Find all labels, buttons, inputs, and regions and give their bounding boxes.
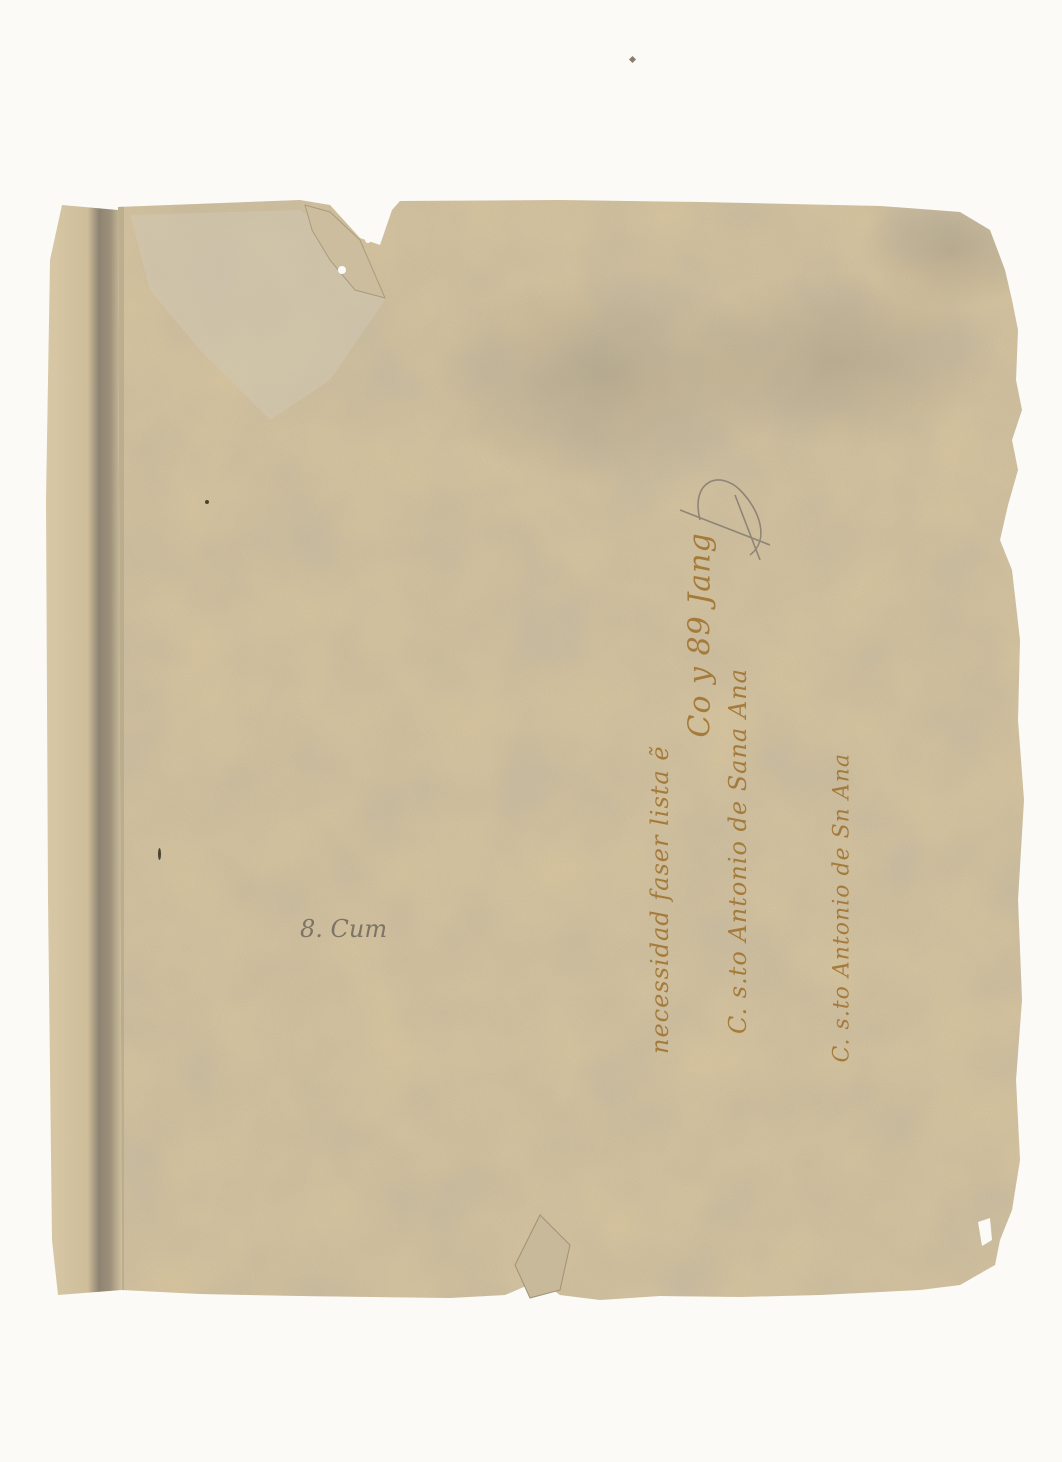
handwritten-line-3: C. s.to Antonio de Sana Ana [724, 668, 752, 1034]
paper-hole [338, 266, 346, 274]
dirt-speck [158, 848, 161, 860]
handwritten-line-4: C. s.to Antonio de Sn Ana [830, 753, 855, 1063]
handwritten-note: 8. Cum [300, 915, 387, 943]
scanned-page: necessidad faser lista ẽ Co y 89 Jang C.… [0, 0, 1062, 1462]
handwritten-line-2: Co y 89 Jang [683, 532, 718, 737]
binding-strip [46, 205, 122, 1295]
paper-sheet [0, 0, 1062, 1462]
paper-hole [365, 237, 371, 243]
dirt-speck [205, 500, 209, 504]
handwritten-line-1: necessidad faser lista ẽ [646, 745, 674, 1054]
